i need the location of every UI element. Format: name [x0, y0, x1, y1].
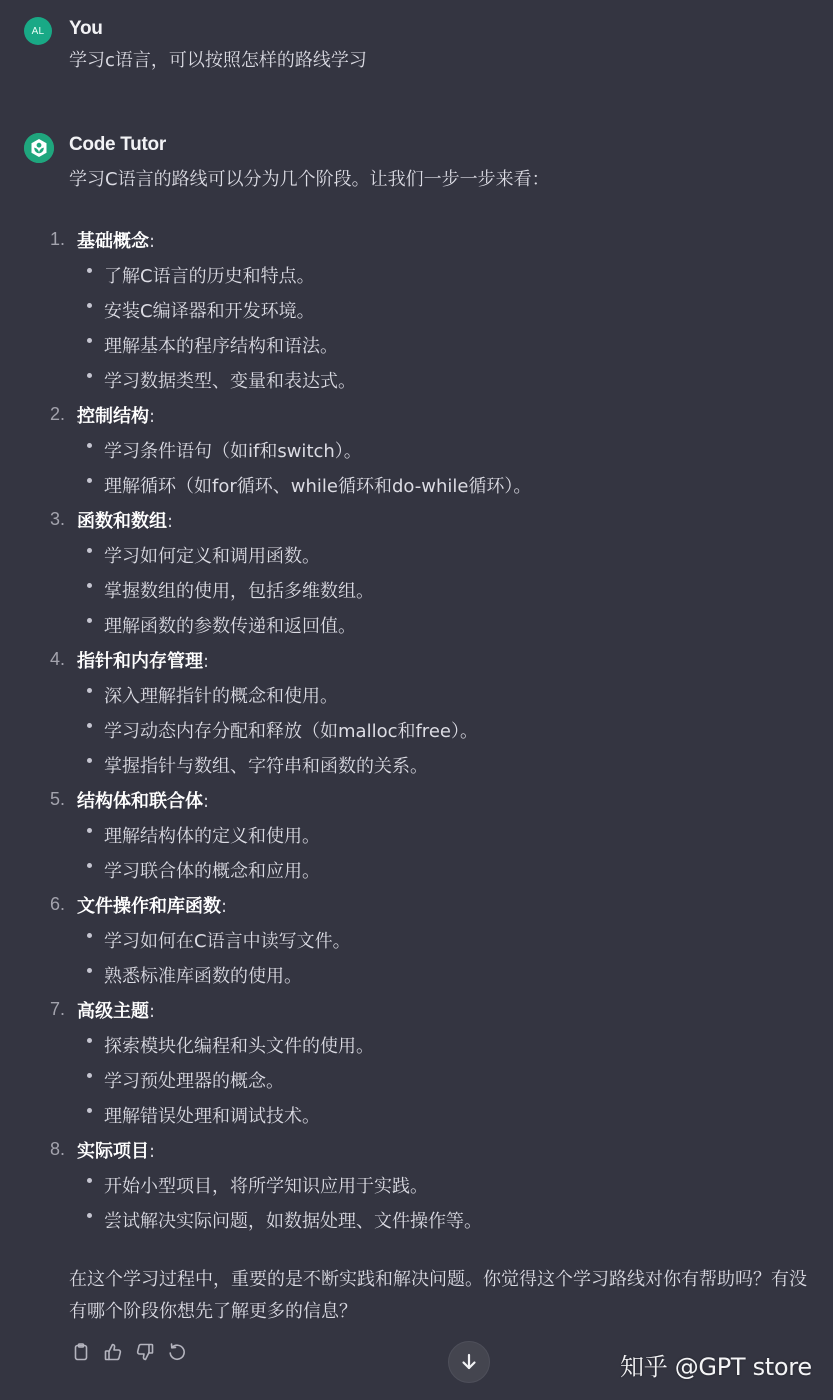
roadmap-stage: 7. 高级主题: 探索模块化编程和头文件的使用。 学习预处理器的概念。 理解错误… — [0, 992, 833, 1132]
bullet-icon — [87, 1073, 92, 1078]
list-item: 学习动态内存分配和释放（如malloc和free）。 — [0, 712, 833, 747]
roadmap-stage: 5. 结构体和联合体: 理解结构体的定义和使用。 学习联合体的概念和应用。 — [0, 782, 833, 887]
stage-number: 1. — [50, 229, 74, 250]
list-item: 理解函数的参数传递和返回值。 — [0, 607, 833, 642]
list-item: 理解结构体的定义和使用。 — [0, 817, 833, 852]
stage-number: 8. — [50, 1139, 74, 1160]
arrow-down-icon — [458, 1351, 480, 1373]
bullet-icon — [87, 268, 92, 273]
list-item: 掌握数组的使用，包括多维数组。 — [0, 572, 833, 607]
bullet-icon — [87, 1108, 92, 1113]
list-item: 学习如何在C语言中读写文件。 — [0, 922, 833, 957]
list-item: 了解C语言的历史和特点。 — [0, 257, 833, 292]
roadmap-stage: 6. 文件操作和库函数: 学习如何在C语言中读写文件。 熟悉标准库函数的使用。 — [0, 887, 833, 992]
stage-title: 控制结构: — [77, 402, 155, 428]
bullet-icon — [87, 758, 92, 763]
chat-page: AL You 学习c语言，可以按照怎样的路线学习 Code Tutor 学习C语… — [0, 0, 833, 1400]
bullet-icon — [87, 548, 92, 553]
assistant-author-name: Code Tutor — [69, 134, 166, 156]
bullet-icon — [87, 1213, 92, 1218]
thumbs-up-icon — [103, 1342, 123, 1362]
stage-title: 指针和内存管理: — [77, 647, 209, 673]
roadmap-stage: 2. 控制结构: 学习条件语句（如if和switch）。 理解循环（如for循环… — [0, 397, 833, 502]
list-item: 理解基本的程序结构和语法。 — [0, 327, 833, 362]
user-avatar-initials: AL — [32, 26, 45, 37]
stage-number: 2. — [50, 404, 74, 425]
roadmap-stage: 1. 基础概念: 了解C语言的历史和特点。 安装C编译器和开发环境。 理解基本的… — [0, 222, 833, 397]
bullet-icon — [87, 863, 92, 868]
bullet-icon — [87, 828, 92, 833]
roadmap-stage: 3. 函数和数组: 学习如何定义和调用函数。 掌握数组的使用，包括多维数组。 理… — [0, 502, 833, 642]
list-item: 学习条件语句（如if和switch）。 — [0, 432, 833, 467]
list-item: 尝试解决实际问题，如数据处理、文件操作等。 — [0, 1202, 833, 1237]
scroll-to-bottom-button[interactable] — [448, 1341, 490, 1383]
bullet-icon — [87, 618, 92, 623]
list-item: 学习联合体的概念和应用。 — [0, 852, 833, 887]
stage-title: 结构体和联合体: — [77, 787, 209, 813]
bullet-icon — [87, 443, 92, 448]
bullet-icon — [87, 933, 92, 938]
list-item: 学习数据类型、变量和表达式。 — [0, 362, 833, 397]
list-item: 理解循环（如for循环、while循环和do-while循环）。 — [0, 467, 833, 502]
bullet-icon — [87, 1038, 92, 1043]
list-item: 熟悉标准库函数的使用。 — [0, 957, 833, 992]
thumbs-up-button[interactable] — [102, 1340, 124, 1364]
thumbs-down-icon — [135, 1342, 155, 1362]
list-item: 深入理解指针的概念和使用。 — [0, 677, 833, 712]
user-message-text: 学习c语言，可以按照怎样的路线学习 — [69, 48, 367, 74]
list-item: 探索模块化编程和头文件的使用。 — [0, 1027, 833, 1062]
list-item: 理解错误处理和调试技术。 — [0, 1097, 833, 1132]
stage-title: 基础概念: — [77, 227, 155, 253]
bullet-icon — [87, 968, 92, 973]
assistant-closing-text: 在这个学习过程中，重要的是不断实践和解决问题。你觉得这个学习路线对你有帮助吗？有… — [69, 1264, 814, 1328]
bullet-icon — [87, 338, 92, 343]
bullet-icon — [87, 723, 92, 728]
bullet-icon — [87, 303, 92, 308]
roadmap-stage: 8. 实际项目: 开始小型项目，将所学知识应用于实践。 尝试解决实际问题，如数据… — [0, 1132, 833, 1237]
stage-number: 5. — [50, 789, 74, 810]
list-item: 学习预处理器的概念。 — [0, 1062, 833, 1097]
bullet-icon — [87, 688, 92, 693]
user-avatar: AL — [24, 17, 52, 45]
bullet-icon — [87, 373, 92, 378]
list-item: 安装C编译器和开发环境。 — [0, 292, 833, 327]
stage-number: 4. — [50, 649, 74, 670]
user-author-name: You — [69, 18, 103, 40]
code-tutor-logo-icon — [24, 133, 54, 163]
bullet-icon — [87, 583, 92, 588]
roadmap-stage: 4. 指针和内存管理: 深入理解指针的概念和使用。 学习动态内存分配和释放（如m… — [0, 642, 833, 782]
list-item: 学习如何定义和调用函数。 — [0, 537, 833, 572]
list-item: 开始小型项目，将所学知识应用于实践。 — [0, 1167, 833, 1202]
watermark: 知乎 @GPT store — [620, 1347, 812, 1382]
thumbs-down-button[interactable] — [134, 1340, 156, 1364]
list-item: 掌握指针与数组、字符串和函数的关系。 — [0, 747, 833, 782]
code-tutor-avatar — [24, 133, 54, 163]
message-actions — [70, 1340, 188, 1364]
clipboard-icon — [71, 1342, 91, 1362]
stage-number: 3. — [50, 509, 74, 530]
stage-title: 实际项目: — [77, 1137, 155, 1163]
stage-number: 7. — [50, 999, 74, 1020]
bullet-icon — [87, 478, 92, 483]
stage-title: 函数和数组: — [77, 507, 173, 533]
learning-roadmap-list: 1. 基础概念: 了解C语言的历史和特点。 安装C编译器和开发环境。 理解基本的… — [0, 222, 833, 1237]
stage-title: 高级主题: — [77, 997, 155, 1023]
bullet-icon — [87, 1178, 92, 1183]
stage-title: 文件操作和库函数: — [77, 892, 227, 918]
stage-number: 6. — [50, 894, 74, 915]
copy-button[interactable] — [70, 1340, 92, 1364]
assistant-intro-text: 学习C语言的路线可以分为几个阶段。让我们一步一步来看： — [69, 167, 550, 193]
regenerate-button[interactable] — [166, 1340, 188, 1364]
regenerate-icon — [167, 1342, 187, 1362]
